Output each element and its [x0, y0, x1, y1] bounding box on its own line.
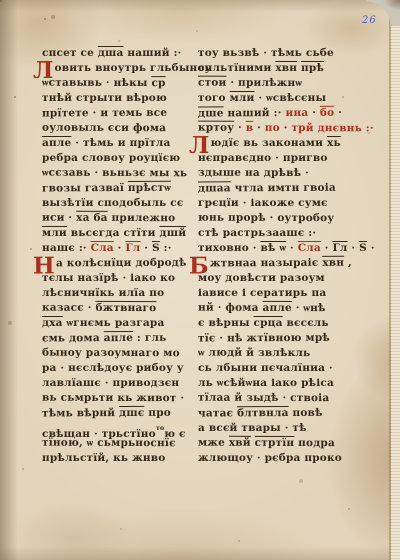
text-segment: подра [294, 437, 335, 449]
text-segment: тоу вьзвѣ · тѣмь сьбе [198, 47, 334, 59]
text-line: дха ѡгнємь разгара [42, 316, 210, 331]
page-bottom-edge [0, 546, 400, 560]
text-segment: срца [254, 317, 283, 329]
text-segment: , [344, 257, 352, 269]
text-line: ємь дома апле : гль [42, 331, 210, 347]
text-segment: гвозы газваї [42, 182, 128, 194]
text-segment: ѡгнємь разгара [63, 317, 165, 329]
text-line: тїє · нѣ жтївною мрѣ [198, 331, 378, 347]
text-segment: оуловыль єси фома [42, 122, 166, 135]
text-line: нєправєдно · пригво [198, 151, 378, 166]
text-segment: дша [98, 47, 124, 59]
text-segment: юдїє вь законами [211, 137, 327, 149]
text-segment: · [253, 122, 265, 134]
text-segment: стртїн [255, 437, 295, 449]
text-segment: дшє [119, 407, 144, 419]
text-segment: тѣмь вѣрнй [42, 407, 119, 419]
text-segment: чтла имтн гвоіа [231, 182, 336, 195]
text-line: вызѣтїи сподобыль сє [42, 196, 210, 211]
text-line: ра · нєслѣдоує рибоу у [42, 361, 210, 376]
text-segment: хвй [229, 437, 251, 449]
text-segment: Ѕ [359, 242, 367, 254]
rubric-initial: Б [189, 261, 209, 271]
text-segment: · [367, 242, 375, 254]
text-segment: то [156, 424, 164, 432]
text-segment: ср [151, 77, 165, 89]
text-line: прѣльстїй, кь жнво [42, 451, 210, 466]
text-line: спльтїними хвн прѣ [198, 61, 378, 76]
text-segment: казасє · [42, 302, 96, 314]
text-segment: здыше на дрѣвѣ · [198, 167, 309, 179]
text-line: иси · ха ба прилежно [42, 211, 210, 227]
text-segment: прилежно [108, 212, 176, 224]
text-line: грєцїи · іакоже сумє [198, 196, 378, 211]
text-segment: Гл [332, 242, 347, 254]
text-column-left: спсет се дша наший :·Ловить вноутрь гльб… [32, 46, 210, 466]
text-segment: мли [42, 227, 67, 239]
text-segment: про [144, 407, 171, 419]
text-line: мже хвй стртїн подра [198, 436, 378, 452]
text-segment: блтвнла [237, 407, 289, 419]
text-line: спсет се дша наший :· [42, 46, 210, 61]
text-line: тїною, ѡ сьмрьноснїє [42, 436, 210, 452]
text-segment: · тѣмь и прїтла [71, 137, 170, 149]
text-segment: ѡсєзавь · вьньзє мы хь [42, 167, 187, 180]
text-segment: мже [198, 437, 229, 449]
foxing-speckles [0, 0, 2, 2]
text-line: моу довѣсти разоум [198, 271, 378, 286]
text-line: тоу вьзвѣ · тѣмь сьбе [198, 46, 378, 61]
text-line: іависе і сератирь па [198, 286, 378, 301]
text-segment: є вѣрны [198, 317, 254, 329]
text-line: ѡ людй й звлѣкль [198, 346, 378, 362]
text-line: ребра словоу роуцїєю [42, 151, 210, 166]
text-segment: ль ѡсѣйѡна іако рѣіса [198, 377, 334, 389]
text-line: свѣщан · трьстїнотою є [42, 421, 210, 436]
text-segment: Ѕ [152, 242, 160, 254]
text-line: прїтете · и темь все [42, 106, 210, 122]
text-segment: дшаа [198, 182, 231, 194]
text-line: гвозы газваї прѣстѡ [42, 181, 210, 197]
text-line: апле · тѣмь и прїтла [42, 136, 210, 151]
text-segment: ѡ людй й звлѣкль [198, 347, 310, 359]
text-segment: хвн [322, 257, 344, 269]
text-segment: жлющоу · рєбра проко [198, 452, 342, 464]
text-segment: стои [198, 77, 227, 89]
text-line: чатає блтвнла повѣ [198, 406, 378, 422]
text-segment: спльтїними [198, 62, 275, 74]
text-segment: · [280, 122, 292, 134]
text-line: є вѣрны срца вєсєль [198, 316, 378, 331]
text-segment: ина [285, 107, 308, 119]
text-segment: :· [160, 242, 172, 254]
text-segment: грєцїи · іакоже сумє [198, 197, 328, 209]
text-line: тєлы назїрѣ · іако ко [42, 271, 210, 286]
text-segment: тїлаа й зыдѣ · ствоіа [198, 392, 329, 405]
text-segment: нєправєдно · пригво [198, 152, 328, 164]
text-segment: юнь прорѣ · оутробоу [198, 212, 334, 225]
text-segment: вѣ ѡ [261, 242, 287, 254]
text-segment: мли [230, 92, 255, 104]
text-line: Бжтвнаа назыраіє хвн , [198, 256, 378, 272]
text-segment: тїє · нѣ жтївною мрѣ [198, 332, 330, 345]
text-segment: дшй [160, 227, 187, 239]
text-line: кртоу · в · по · трй днєвнь :· [198, 121, 378, 137]
text-segment: прѣ [301, 62, 324, 74]
text-segment: вызѣтїи сподобыль сє [42, 197, 183, 209]
text-segment: ра · нєслѣдоує рибоу у [42, 362, 184, 374]
text-segment: прѣльстїй, кь жнво [42, 452, 165, 464]
text-segment: хь [327, 137, 341, 149]
text-segment: · [140, 242, 152, 254]
text-line: нй · фома апле · ѡнѣ [198, 301, 378, 317]
stacked-page-edges [389, 0, 400, 560]
text-line: дше наший :· ина · бо · [198, 106, 378, 122]
text-segment: Сла [91, 242, 114, 254]
text-segment: дха [42, 317, 63, 329]
text-segment: хвн [275, 62, 297, 74]
rubric-initial: Л [189, 141, 210, 151]
text-segment: · [234, 122, 246, 134]
text-segment: повѣ [289, 407, 323, 419]
text-line: На колѣснїци добродѣ [42, 256, 210, 272]
book-spine-shadow [0, 0, 18, 560]
manuscript-photo: 26 спсет се дша наший :·Ловить вноутрь г… [0, 0, 400, 560]
text-segment: бжтвнаго [95, 302, 156, 314]
text-segment: по [265, 122, 280, 134]
text-segment: · [114, 242, 126, 254]
text-segment: вєсєль [283, 317, 329, 329]
text-line: лѣсничнїкь илїа по [42, 286, 210, 301]
corner-stain [384, 0, 400, 10]
text-segment: того [198, 92, 230, 104]
text-line: тїлаа й зыдѣ · ствоіа [198, 391, 378, 407]
text-segment: бо [320, 107, 334, 119]
page-top-edge [0, 0, 400, 12]
rubric-initial: Н [33, 261, 55, 271]
text-segment: · прилѣжнѡ [226, 77, 302, 89]
text-line: ѡсєзавь · вьньзє мы хь [42, 166, 210, 182]
text-line: юнь прорѣ · оутробоу [198, 211, 378, 227]
text-segment: · [348, 242, 360, 254]
folio-number: 26 [362, 15, 377, 26]
text-segment: апле [42, 137, 71, 149]
text-line: сь лбыни пєчалїниа · [198, 361, 378, 376]
text-segment: жтвнаа назыраіє [210, 257, 323, 270]
text-line: Ловить вноутрь гльбыноу [42, 61, 210, 76]
text-segment: нй · фома [198, 302, 263, 314]
text-segment: стѣ растрьзаашє :· [198, 227, 316, 239]
text-line: тнѣй стрыти вѣрою [42, 91, 210, 106]
text-segment: · [308, 107, 320, 119]
text-segment: · ѡсвѣсєны [255, 92, 327, 104]
text-segment: лѣсничнїкь илїа по [42, 287, 164, 299]
text-segment: апле [262, 302, 291, 314]
text-segment: тнѣй стрыти вѣрою [42, 92, 167, 104]
text-segment: а всєй твары · тѣ [198, 422, 307, 434]
text-segment: тїною, ѡ сьмрьноснїє [42, 437, 176, 450]
text-segment: иси · [42, 212, 76, 224]
text-segment: ребра словоу роуцїєю [42, 152, 180, 164]
text-segment: іависе і сератирь па [198, 287, 326, 299]
text-segment: ха ба [76, 212, 108, 224]
text-segment: · [334, 107, 342, 119]
text-line: стѣ растрьзаашє :· [198, 226, 378, 241]
text-segment: Сла [298, 242, 321, 254]
text-segment: прїтете · и темь все [42, 107, 167, 120]
text-segment: кртоу [198, 122, 234, 134]
text-segment: наший :· [124, 47, 182, 59]
text-line: лавлїашє · приводзєн [42, 376, 210, 391]
text-line: Людїє вь законами хь [198, 136, 378, 151]
text-segment: сь лбыни пєчалїниа · [198, 362, 333, 374]
text-segment: моу довѣсти разоум [198, 272, 325, 284]
text-line: казасє · бжтвнаго [42, 301, 210, 317]
text-segment: трй днєвнь :· [291, 122, 373, 134]
text-segment: быноу разоумнаго мо [42, 347, 180, 360]
text-segment: вьсєгда стїти [67, 227, 160, 239]
text-line: здыше на дрѣвѣ · [198, 166, 378, 182]
text-line: стои · прилѣжнѡ [198, 76, 378, 92]
text-segment: · [286, 242, 298, 254]
text-line: оуловыль єси фома [42, 121, 210, 137]
text-line: а всєй твары · тѣ [198, 421, 378, 436]
text-line: ѡставывь · нѣкы ср [42, 76, 210, 92]
text-segment: а колѣснїци добродѣ [56, 257, 187, 270]
text-line: дшаа чтла имтн гвоіа [198, 181, 378, 197]
text-line: мли вьсєгда стїти дшй [42, 226, 210, 241]
text-segment: ємь дома [42, 332, 104, 344]
text-segment: : гль [133, 332, 166, 344]
text-line: тиховно · вѣ ѡ · Сла · Гл · Ѕ · [198, 241, 378, 256]
text-segment: ѡставывь · нѣкы [42, 77, 152, 89]
rubric-initial: Л [33, 66, 54, 76]
text-segment: лавлїашє · приводзєн [42, 377, 179, 389]
text-line: тѣмь вѣрнй дшє про [42, 406, 210, 422]
text-line: того мли · ѡсвѣсєны [198, 91, 378, 106]
text-line: вь сьмрьти кь живот · [42, 391, 210, 407]
text-segment: · ѡнѣ [292, 302, 326, 314]
text-column-right: тоу вьзвѣ · тѣмь сьбеспльтїними хвн прѣс… [188, 46, 378, 466]
text-segment: вь сьмрьти кь живот · [42, 392, 184, 405]
text-segment: Гл [125, 242, 140, 254]
text-segment: наший :· [224, 107, 286, 119]
text-segment: чатає [198, 407, 237, 419]
text-line: жлющоу · рєбра проко [198, 451, 378, 466]
text-segment: прѣстѡ [128, 182, 171, 194]
text-segment: апле [104, 332, 133, 344]
text-segment: · [321, 242, 333, 254]
text-segment: тєлы назїрѣ · іако ко [42, 272, 175, 284]
text-line: быноу разоумнаго мо [42, 346, 210, 362]
text-line: нашє :· Сла · Гл · Ѕ :· [42, 241, 210, 256]
text-line: ль ѡсѣйѡна іако рѣіса [198, 376, 378, 391]
text-segment: дше [198, 107, 224, 119]
